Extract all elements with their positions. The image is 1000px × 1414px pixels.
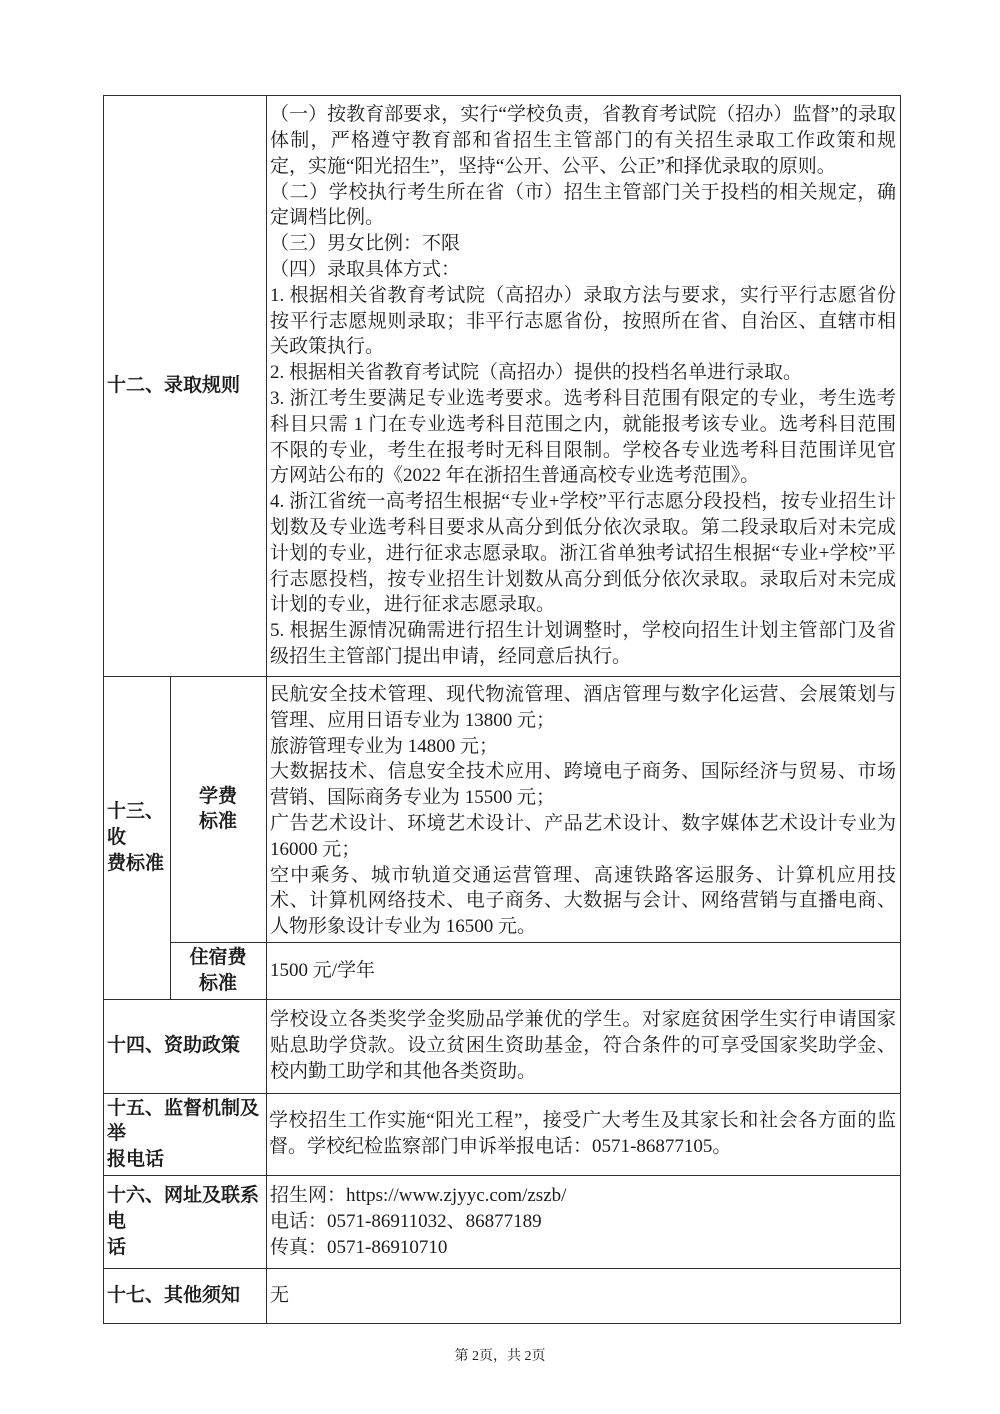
cell-tuition-content: 民航安全技术管理、现代物流管理、酒店管理与数字化运营、会展策划与管理、应用日语专… xyxy=(267,677,901,943)
cell-admission-rules-content: （一）按教育部要求，实行“学校负责，省教育考试院（招办）监督”的录取体制，严格遵… xyxy=(267,96,901,677)
table-row-contact: 十六、网址及联系电 话 招生网：https://www.zjyyc.com/zs… xyxy=(104,1175,901,1268)
paragraph: 空中乘务、城市轨道交通运营管理、高速铁路客运服务、计算机应用技术、计算机网络技术… xyxy=(270,863,896,940)
table-row-supervision: 十五、监督机制及举 报电话 学校招生工作实施“阳光工程”，接受广大考生及其家长和… xyxy=(104,1093,901,1175)
row-label-other-notes: 十七、其他须知 xyxy=(104,1268,267,1323)
table-row-admission-rules: 十二、录取规则 （一）按教育部要求，实行“学校负责，省教育考试院（招办）监督”的… xyxy=(104,96,901,677)
page-number: 第 2页，共 2页 xyxy=(0,1345,1000,1365)
paragraph: 旅游管理专业为 14800 元； xyxy=(270,734,896,760)
paragraph: （二）学校执行考生所在省（市）招生主管部门关于投档的相关规定，确定调档比例。 xyxy=(270,180,896,232)
contact-website-line: 招生网：https://www.zjyyc.com/zszb/ xyxy=(270,1183,896,1209)
contact-fax-line: 传真：0571-86910710 xyxy=(270,1235,896,1261)
row-label-contact: 十六、网址及联系电 话 xyxy=(104,1175,267,1268)
row-label-fees: 十三、收 费标准 xyxy=(104,677,171,1000)
paragraph: 2. 根据相关省教育考试院（高招办）提供的投档名单进行录取。 xyxy=(270,360,896,386)
table-row-fees-tuition: 十三、收 费标准 学费 标准 民航安全技术管理、现代物流管理、酒店管理与数字化运… xyxy=(104,677,901,943)
paragraph: 广告艺术设计、环境艺术设计、产品艺术设计、数字媒体艺术设计专业为 16000 元… xyxy=(270,811,896,863)
row-label-financial-aid: 十四、资助政策 xyxy=(104,999,267,1093)
cell-supervision-content: 学校招生工作实施“阳光工程”，接受广大考生及其家长和社会各方面的监督。学校纪检监… xyxy=(267,1093,901,1175)
paragraph: 学校设立各类奖学金奖励品学兼优的学生。对家庭贫困学生实行申请国家贴息助学贷款。设… xyxy=(270,1007,896,1084)
paragraph: 学校招生工作实施“阳光工程”，接受广大考生及其家长和社会各方面的监督。学校纪检监… xyxy=(269,1108,896,1160)
table-row-fees-accommodation: 住宿费 标准 1500 元/学年 xyxy=(104,942,901,999)
paragraph: 3. 浙江考生要满足专业选考要求。选考科目范围有限定的专业，考生选考科目只需 1… xyxy=(270,386,896,489)
row-label-admission-rules: 十二、录取规则 xyxy=(104,96,267,677)
document-page: 十二、录取规则 （一）按教育部要求，实行“学校负责，省教育考试院（招办）监督”的… xyxy=(0,0,1000,1414)
cell-other-notes-content: 无 xyxy=(267,1268,901,1323)
paragraph: 1. 根据相关省教育考试院（高招办）录取方法与要求，实行平行志愿省份按平行志愿规… xyxy=(270,283,896,360)
paragraph: 5. 根据生源情况确需进行招生计划调整时，学校向招生计划主管部门及省级招生主管部… xyxy=(270,618,896,670)
paragraph: （三）男女比例：不限 xyxy=(270,231,896,257)
paragraph: （一）按教育部要求，实行“学校负责，省教育考试院（招办）监督”的录取体制，严格遵… xyxy=(270,102,896,179)
sub-label-tuition: 学费 标准 xyxy=(171,677,267,943)
paragraph: 4. 浙江省统一高考招生根据“专业+学校”平行志愿分段投档，按专业招生计划数及专… xyxy=(270,489,896,618)
admissions-table: 十二、录取规则 （一）按教育部要求，实行“学校负责，省教育考试院（招办）监督”的… xyxy=(103,95,901,1324)
table-row-financial-aid: 十四、资助政策 学校设立各类奖学金奖励品学兼优的学生。对家庭贫困学生实行申请国家… xyxy=(104,999,901,1093)
cell-financial-aid-content: 学校设立各类奖学金奖励品学兼优的学生。对家庭贫困学生实行申请国家贴息助学贷款。设… xyxy=(267,999,901,1093)
cell-contact-content: 招生网：https://www.zjyyc.com/zszb/ 电话：0571-… xyxy=(267,1175,901,1268)
cell-accommodation-content: 1500 元/学年 xyxy=(267,942,901,999)
paragraph: 大数据技术、信息安全技术应用、跨境电子商务、国际经济与贸易、市场营销、国际商务专… xyxy=(270,759,896,811)
paragraph: （四）录取具体方式： xyxy=(270,257,896,283)
paragraph: 民航安全技术管理、现代物流管理、酒店管理与数字化运营、会展策划与管理、应用日语专… xyxy=(270,682,896,734)
table-row-other-notes: 十七、其他须知 无 xyxy=(104,1268,901,1323)
sub-label-accommodation: 住宿费 标准 xyxy=(171,942,267,999)
contact-phone-line: 电话：0571-86911032、86877189 xyxy=(270,1209,896,1235)
row-label-supervision: 十五、监督机制及举 报电话 xyxy=(104,1093,267,1175)
